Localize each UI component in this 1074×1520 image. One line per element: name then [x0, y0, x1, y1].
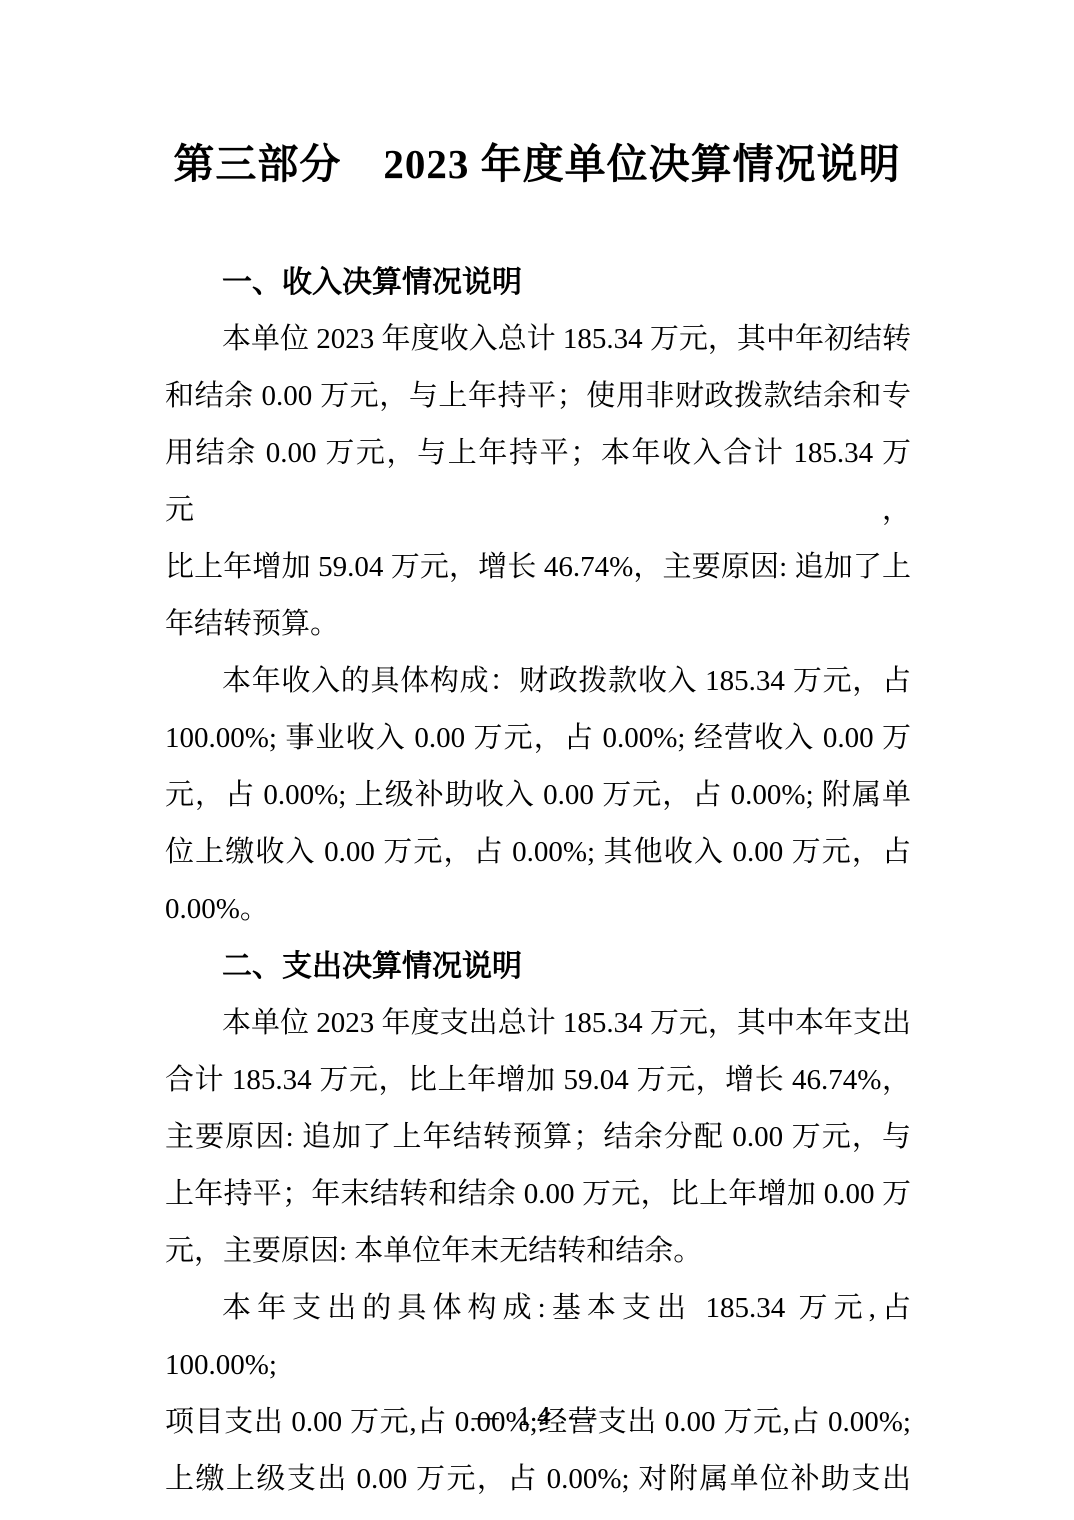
- text-line: 本年收入的具体构成：财政拨款收入 185.34 万元，占: [165, 653, 911, 710]
- text-line: 主要原因: 追加了上年结转预算；结余分配 0.00 万元，与: [165, 1109, 911, 1166]
- text-line: 上缴上级支出 0.00 万元，占 0.00%; 对附属单位补助支出: [165, 1451, 911, 1508]
- page-number: — 14 —: [0, 1396, 1074, 1436]
- text-line: 上年持平；年末结转和结余 0.00 万元，比上年增加 0.00 万: [165, 1166, 911, 1223]
- section-expenditure-heading: 二、支出决算情况说明: [165, 938, 911, 995]
- text-line: 元，占 0.00%; 上级补助收入 0.00 万元，占 0.00%; 附属单: [165, 767, 911, 824]
- document-body: 一、收入决算情况说明 本单位 2023 年度收入总计 185.34 万元，其中年…: [165, 254, 911, 1508]
- section-income-heading: 一、收入决算情况说明: [165, 254, 911, 311]
- text-line: 年结转预算。: [165, 596, 911, 653]
- text-line: 位上缴收入 0.00 万元，占 0.00%; 其他收入 0.00 万元，占: [165, 824, 911, 881]
- text-line: 合计 185.34 万元，比上年增加 59.04 万元，增长 46.74%，: [165, 1052, 911, 1109]
- text-line: 和结余 0.00 万元，与上年持平；使用非财政拨款结余和专: [165, 368, 911, 425]
- text-line: 0.00%。: [165, 881, 911, 938]
- text-line: 用结余 0.00 万元，与上年持平；本年收入合计 185.34 万元，: [165, 425, 911, 539]
- text-line: 元，主要原因: 本单位年末无结转和结余。: [165, 1223, 911, 1280]
- document-title: 第三部分 2023 年度单位决算情况说明: [0, 138, 1074, 190]
- text-line: 100.00%; 事业收入 0.00 万元，占 0.00%; 经营收入 0.00…: [165, 710, 911, 767]
- text-line: 本单位 2023 年度收入总计 185.34 万元，其中年初结转: [165, 311, 911, 368]
- text-line: 本年支出的具体构成:基本支出 185.34 万元,占 100.00%;: [165, 1280, 911, 1394]
- text-line: 本单位 2023 年度支出总计 185.34 万元，其中本年支出: [165, 995, 911, 1052]
- text-line: 比上年增加 59.04 万元，增长 46.74%，主要原因: 追加了上: [165, 539, 911, 596]
- document-page: 第三部分 2023 年度单位决算情况说明 一、收入决算情况说明 本单位 2023…: [0, 0, 1074, 1520]
